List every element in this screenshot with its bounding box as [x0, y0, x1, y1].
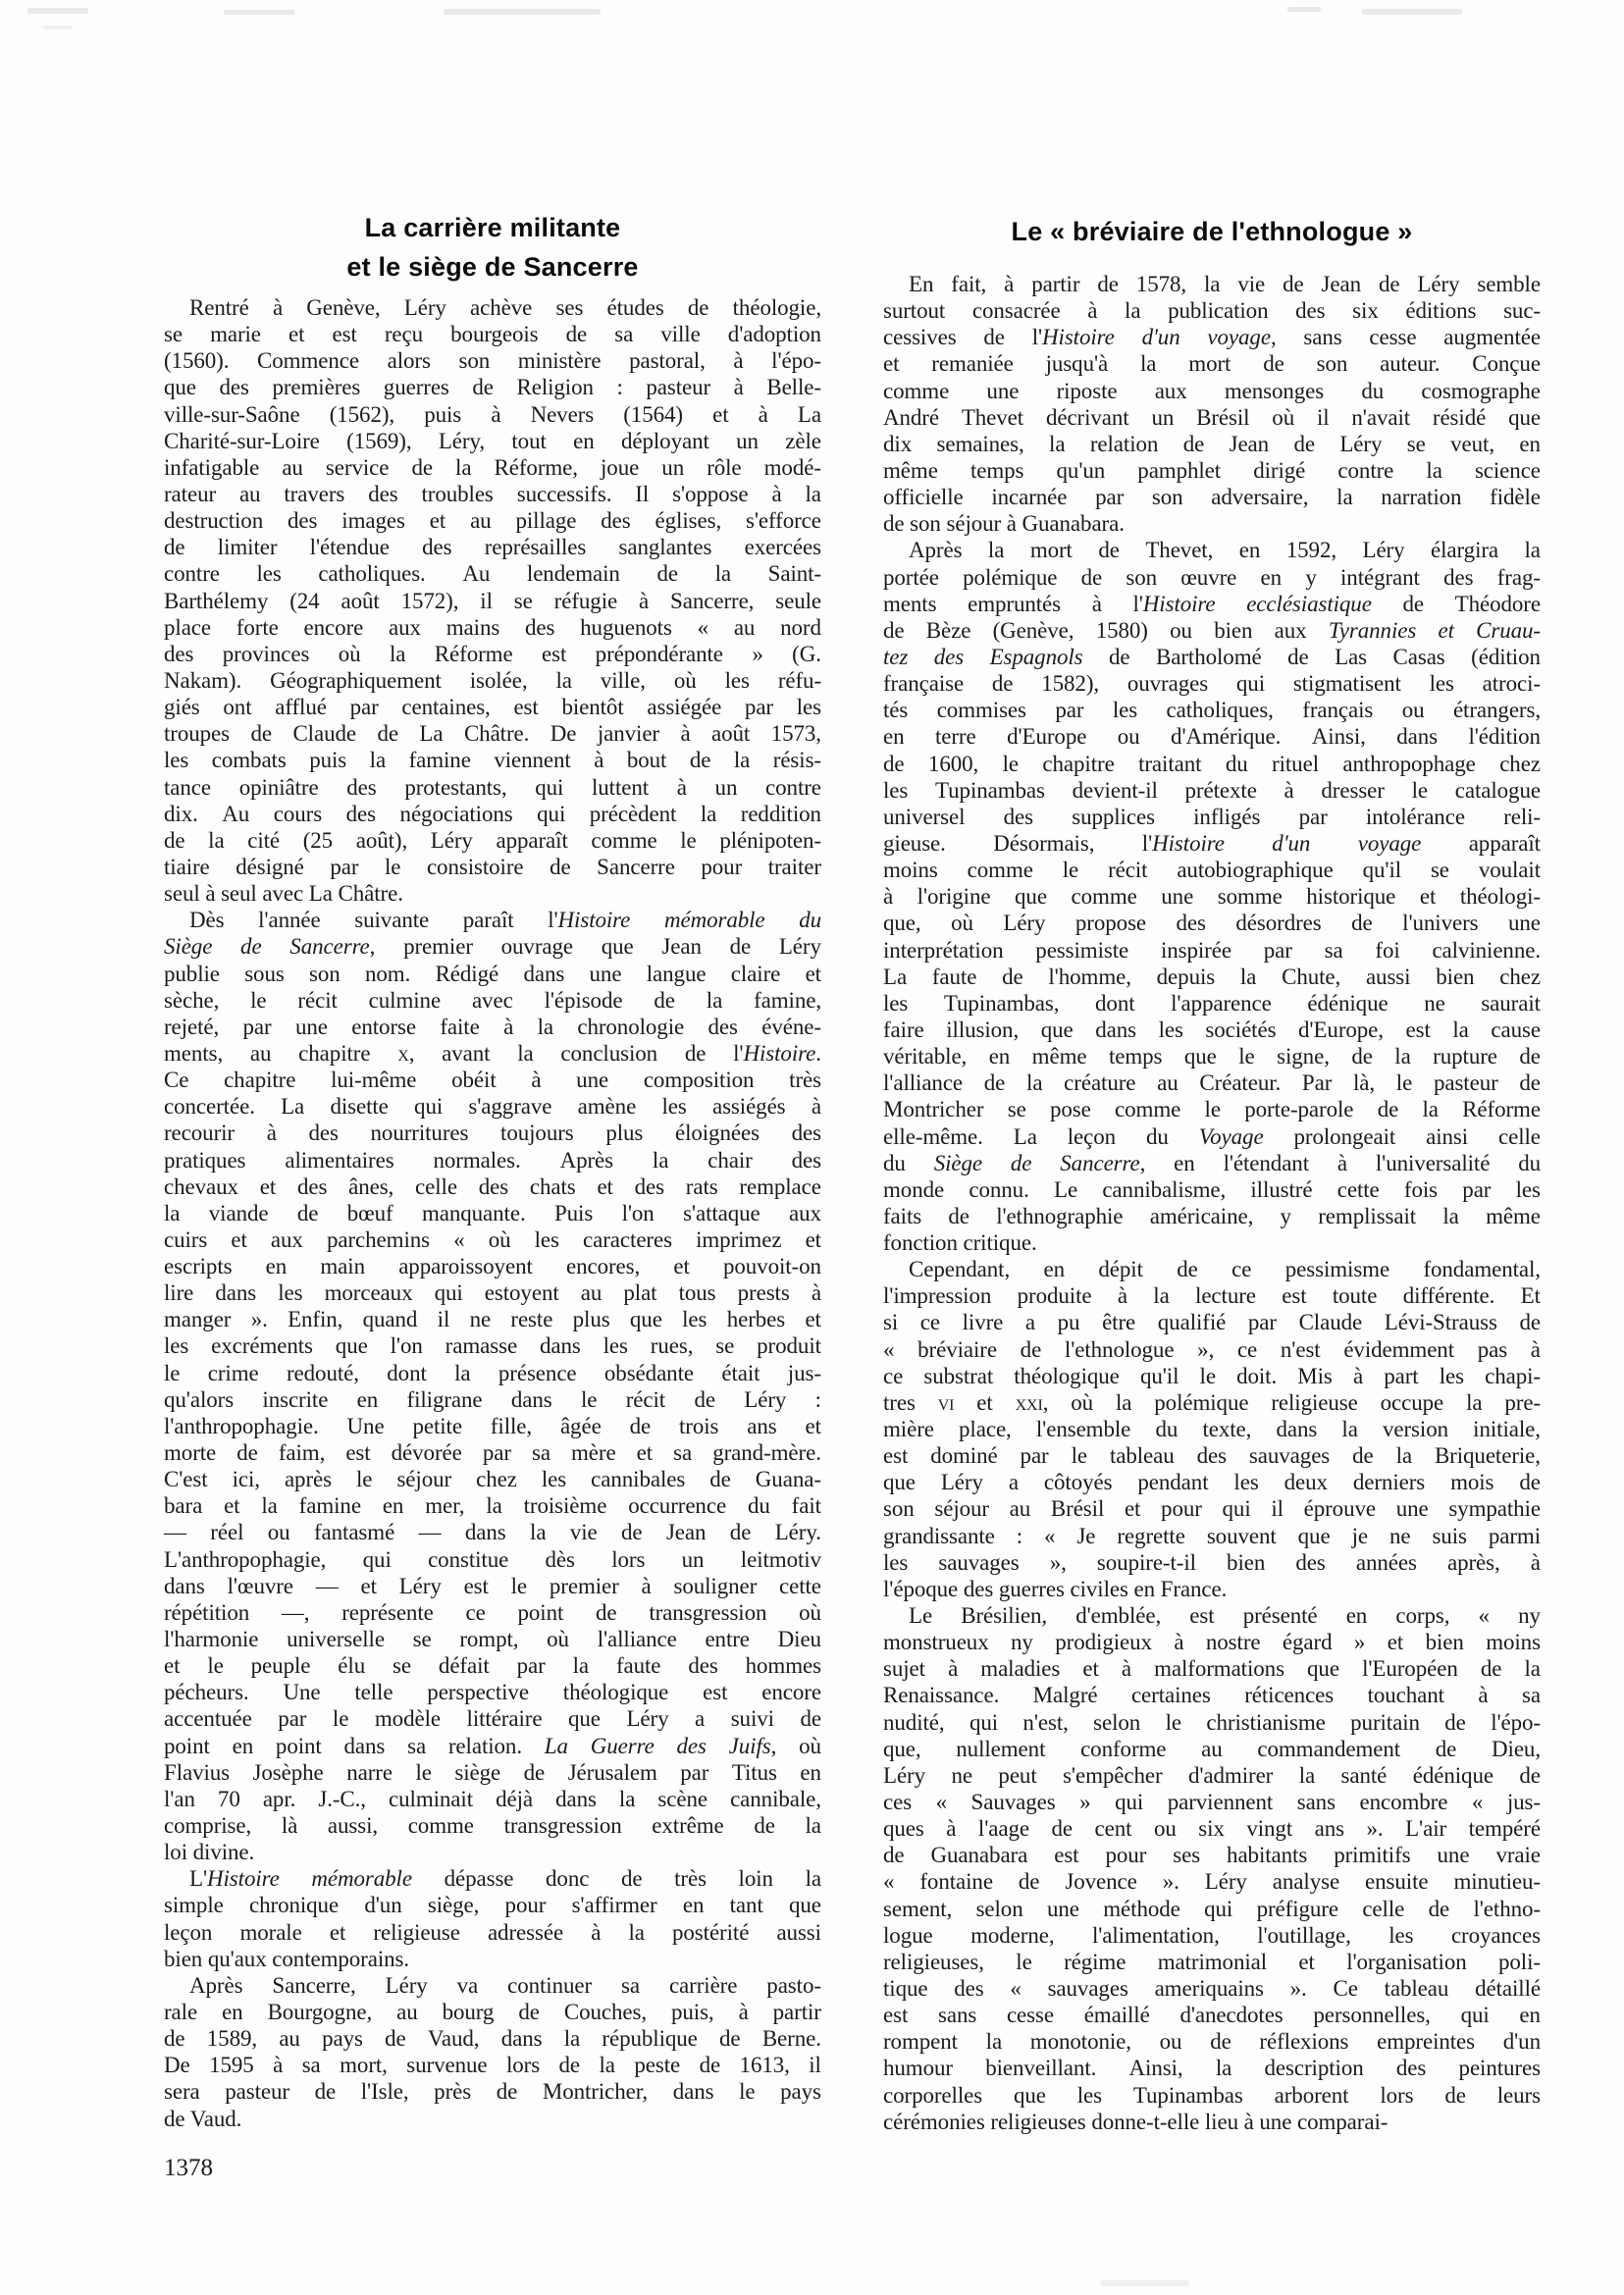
word: dans	[673, 2078, 714, 2105]
word: consistoire	[427, 854, 524, 880]
word: une	[590, 961, 622, 987]
text-line: véritable,enmêmetempsquelesigne,delarupt…	[883, 1043, 1541, 1069]
word: Bèze	[926, 617, 971, 644]
text-line: l'impressionproduiteàlalectureesttoutedi…	[883, 1282, 1541, 1309]
word: plat	[623, 1279, 656, 1306]
word: de	[1098, 537, 1120, 563]
text-line: giésontaffluéparcentaines,estbientôtassi…	[164, 694, 821, 720]
word: d'adoption	[728, 321, 821, 347]
text-line: cérémonies religieuses donne-t-elle lieu…	[883, 2109, 1541, 2135]
word: dans	[555, 1786, 597, 1812]
word: monotonie,	[1030, 2028, 1131, 2055]
word: petite	[412, 1413, 462, 1439]
word: du	[883, 1150, 906, 1176]
word: souvent	[1207, 1523, 1277, 1549]
word: les	[1113, 697, 1137, 723]
word: (1564)	[623, 401, 683, 428]
word: les	[883, 990, 908, 1017]
word: française	[883, 670, 964, 697]
word: cité	[247, 827, 280, 854]
word: x,	[397, 1040, 414, 1067]
word: en	[1519, 431, 1541, 457]
word: sèche,	[164, 987, 219, 1014]
word: sa	[1325, 937, 1343, 964]
word: là	[282, 1812, 297, 1839]
word: pre-	[1504, 1389, 1541, 1416]
word: mer,	[425, 1492, 464, 1519]
word: qu'un	[1057, 457, 1106, 484]
word: ministère	[518, 347, 602, 374]
word: traiter	[768, 854, 821, 880]
word: est	[1054, 1842, 1078, 1868]
word: à	[883, 883, 893, 910]
word: ramasse	[445, 1332, 517, 1359]
word: de	[948, 1203, 969, 1229]
word: le	[250, 987, 266, 1014]
word: élargira	[1431, 537, 1498, 563]
word: qui	[969, 1709, 998, 1736]
word: Léry	[386, 1972, 428, 1999]
section-heading-line: Le « bréviaire de l'ethnologue »	[883, 212, 1541, 251]
word: maladies	[980, 1655, 1060, 1682]
word: représailles	[485, 534, 587, 560]
word: et	[637, 1439, 653, 1466]
word: l'organisation	[1346, 1949, 1466, 1975]
word: la	[486, 1492, 501, 1519]
word: protestants,	[404, 774, 506, 801]
word: des	[220, 374, 249, 400]
word: extrême	[652, 1812, 723, 1839]
word: rompt,	[459, 1626, 518, 1652]
word: de	[164, 2025, 185, 2052]
word: faute	[616, 1652, 660, 1679]
word: de	[1444, 1709, 1466, 1736]
word: pastoral,	[629, 347, 706, 374]
word: les	[883, 777, 908, 804]
word: des	[297, 1174, 327, 1200]
word: l'épo-	[771, 347, 821, 374]
word: tique	[883, 1975, 928, 2002]
word: des	[1443, 564, 1473, 591]
word: chapitre	[298, 1040, 370, 1067]
word: de	[883, 617, 905, 644]
word: premier	[550, 1573, 619, 1599]
word: pu	[1058, 1309, 1080, 1335]
word: aussi	[776, 1919, 821, 1946]
word: à	[734, 374, 744, 400]
word: Mis	[1297, 1363, 1333, 1389]
word: qui	[435, 1279, 463, 1306]
word: Berne.	[762, 2025, 821, 2052]
word: qu'alors	[164, 1386, 234, 1413]
word: de	[559, 2052, 581, 2078]
word: «	[1044, 1523, 1055, 1549]
small-caps-text: x	[397, 1041, 408, 1066]
text-line: Barthélemy(24août1572),ilseréfugieàSance…	[164, 588, 821, 614]
word: vie	[570, 1519, 598, 1545]
word: que	[336, 1332, 368, 1359]
word: ne	[1424, 990, 1445, 1017]
word: la	[1426, 457, 1441, 484]
word: touchant	[1368, 1682, 1444, 1708]
word: son	[1126, 564, 1157, 591]
word: celle	[1498, 1123, 1541, 1150]
word: au	[239, 481, 261, 507]
word: remaniée	[931, 350, 1013, 377]
word: lors	[611, 1546, 645, 1573]
word: même	[1486, 1203, 1541, 1229]
word: dans	[540, 1332, 581, 1359]
word: de	[685, 1040, 707, 1067]
word: sa	[1522, 1682, 1541, 1708]
word: en	[883, 723, 905, 750]
word: la	[1394, 1043, 1410, 1069]
word: au	[1010, 1495, 1031, 1522]
word: étrangers,	[1453, 697, 1541, 723]
word: d'anecdotes	[1179, 2002, 1283, 2028]
word: nourritures	[371, 1120, 469, 1146]
word: religieuse	[1271, 1389, 1357, 1416]
word: nostre	[1206, 1629, 1261, 1655]
word: «	[1479, 1602, 1490, 1629]
word: aussi	[1366, 964, 1411, 990]
word: dont	[387, 1360, 427, 1386]
word: Vaud,	[428, 2025, 480, 2052]
word: à	[1337, 1150, 1347, 1176]
word: nudité,	[883, 1709, 945, 1736]
word: moins	[883, 857, 938, 883]
word: tres	[883, 1389, 916, 1416]
word: Tupinambas	[935, 777, 1045, 804]
word: ny	[1518, 1602, 1541, 1629]
word: Charité-sur-Loire	[164, 428, 320, 454]
word: qui	[1461, 2002, 1490, 2028]
word: des	[368, 481, 397, 507]
word: sous	[244, 961, 285, 987]
section-heading-line: La carrière militante	[164, 208, 821, 247]
word: apparaît	[496, 827, 567, 854]
word: malformations	[1154, 1655, 1284, 1682]
word: Léry	[1205, 1868, 1247, 1895]
word: aux	[271, 1226, 303, 1253]
text-line: manger».Enfin,quandilneresteplusqueleshe…	[164, 1306, 821, 1332]
word: normales.	[433, 1147, 520, 1174]
word: ce	[1237, 1336, 1257, 1363]
word: partir	[773, 1999, 821, 2025]
word: où	[799, 1733, 821, 1759]
word: rejeté,	[164, 1014, 219, 1040]
word: analyse	[1273, 1868, 1339, 1895]
word: encores,	[566, 1253, 640, 1279]
word: L'Histoire	[189, 1865, 280, 1892]
word: s'aggrave	[468, 1093, 551, 1120]
word: la	[805, 481, 820, 507]
word: Claude	[1299, 1309, 1363, 1335]
word: recourir	[164, 1120, 235, 1146]
word: cause	[1491, 1017, 1541, 1043]
word: chez	[1499, 964, 1541, 990]
section-heading-right: Le « bréviaire de l'ethnologue »	[883, 212, 1541, 271]
word: Rentré	[189, 294, 249, 321]
word: se	[1407, 431, 1426, 457]
word: consacrée	[972, 297, 1061, 324]
word: :	[815, 1386, 821, 1413]
word: empreintes	[1377, 2028, 1475, 2055]
word: pays	[322, 2025, 363, 2052]
word: se	[393, 1652, 411, 1679]
word: dès	[546, 1546, 575, 1573]
word: images	[341, 507, 405, 534]
word: plus	[573, 1306, 610, 1332]
word: la	[806, 1812, 821, 1839]
word: de	[1402, 591, 1424, 617]
paragraph: Cependant,endépitdecepessimismefondament…	[883, 1256, 1541, 1602]
word: le	[164, 1360, 180, 1386]
text-line: leçonmoraleetreligieuseadresséeàlapostér…	[164, 1919, 821, 1946]
word: Léry,	[439, 428, 485, 454]
word: morale	[239, 1919, 301, 1946]
word: voulait	[1479, 857, 1541, 883]
word: où	[547, 1626, 569, 1652]
text-line: dix.Aucoursdesnégociationsquiprécèdentla…	[164, 801, 821, 827]
word: représente	[341, 1599, 434, 1626]
word: sauvages	[1249, 1442, 1330, 1469]
word: le	[333, 1705, 348, 1732]
word: La	[545, 1733, 568, 1759]
word: produit	[757, 1332, 821, 1359]
word: et	[1298, 1949, 1314, 1975]
word: français	[1302, 697, 1373, 723]
word: :	[616, 374, 622, 400]
word: adversaire,	[1211, 484, 1308, 510]
word: «	[936, 1789, 947, 1815]
word: sympathie	[1448, 1495, 1541, 1522]
word: pamphlet	[1137, 457, 1221, 484]
word: d'Europe	[1007, 723, 1086, 750]
word: sement,	[883, 1896, 952, 1922]
word: est	[703, 1679, 727, 1705]
word: que	[1041, 1017, 1074, 1043]
word: polémique	[963, 564, 1057, 591]
word: et	[430, 507, 445, 534]
text-line: enterred'Europeoud'Amérique.Ainsi,dansl'…	[883, 723, 1541, 750]
text-line: SiègedeSancerre,premierouvragequeJeandeL…	[164, 933, 821, 960]
word: Sancerre,	[289, 933, 375, 960]
word: zèle	[785, 428, 821, 454]
text-line: «bréviairedel'ethnologue»,cen'estévidemm…	[883, 1336, 1541, 1363]
word: provinces	[223, 641, 310, 667]
word: la	[573, 1652, 589, 1679]
word: langue	[647, 961, 707, 987]
word: riposte	[1057, 378, 1118, 404]
word: la	[1452, 1017, 1468, 1043]
word: de	[315, 2078, 337, 2105]
text-line: accentuéeparlemodèlelittérairequeLéryasu…	[164, 1705, 821, 1732]
word: entre	[705, 1626, 749, 1652]
word: le	[1072, 1442, 1087, 1469]
word: religieuses,	[883, 1949, 984, 1975]
word: pécheurs.	[164, 1679, 249, 1705]
word: contre	[164, 560, 220, 587]
word: arborent	[1275, 2082, 1349, 2109]
word: réfu-	[778, 667, 821, 694]
word: fantasmé	[314, 1519, 394, 1545]
text-line: que,nullementconformeaucommandementdeDie…	[883, 1736, 1541, 1762]
word: initiale,	[1473, 1416, 1541, 1442]
word: de	[1519, 1069, 1541, 1096]
word: tout	[511, 428, 546, 454]
text-line: portéepolémiquedesonœuvreenyintégrantdes…	[883, 564, 1541, 591]
word: elle-même.	[883, 1123, 983, 1150]
word: obéit	[451, 1067, 497, 1093]
word: mort	[1188, 350, 1231, 377]
word: en	[1261, 564, 1283, 591]
text-line: monstrueuxnyprodigieuxànostreégard»etbie…	[883, 1629, 1541, 1655]
word: tiaire	[164, 854, 210, 880]
word: et	[976, 1389, 992, 1416]
word: en	[1174, 1150, 1195, 1176]
word: l'alliance	[883, 1069, 963, 1096]
word: de	[730, 1519, 752, 1545]
word: Léry	[1339, 431, 1382, 457]
word: œuvre	[1180, 564, 1236, 591]
text-line: àl'originequecommeunesommehistoriqueetth…	[883, 883, 1541, 910]
word: son	[309, 961, 341, 987]
word: transgression	[504, 1812, 622, 1839]
word: que,	[883, 910, 921, 936]
word: universelle	[287, 1626, 385, 1652]
word: de	[694, 1386, 715, 1413]
word: incarnée	[991, 484, 1067, 510]
word: que	[1298, 1523, 1331, 1549]
word: jusqu'à	[1046, 350, 1109, 377]
word: assiégés	[712, 1093, 786, 1120]
word: Le	[1054, 1176, 1077, 1203]
word: en	[222, 1999, 243, 2025]
word: des	[792, 1120, 821, 1146]
word: d'un	[1503, 2028, 1541, 2055]
word: trois	[679, 1413, 718, 1439]
word: des	[934, 644, 964, 670]
word: tableau	[1110, 1442, 1175, 1469]
word: fait,	[951, 271, 986, 297]
word: Claude	[292, 720, 356, 747]
word: derniers	[1353, 1469, 1425, 1495]
word: de	[883, 751, 905, 777]
word: saurait	[1481, 990, 1541, 1017]
word: croyances	[1451, 1922, 1541, 1949]
word: de	[1021, 1336, 1042, 1363]
word: au	[734, 614, 756, 641]
word: accentuée	[164, 1705, 252, 1732]
word: giés	[164, 694, 200, 720]
word: sans	[938, 2002, 976, 2028]
word: Réforme	[435, 641, 513, 667]
text-line: fonction critique.	[883, 1229, 1541, 1256]
text-line: delacité(25août),Léryapparaîtcommeleplén…	[164, 827, 821, 854]
word: bara	[164, 1492, 202, 1519]
word: substrat	[923, 1363, 993, 1389]
word: de	[1287, 644, 1309, 670]
word: Thevet,	[1145, 537, 1213, 563]
text-line: Charité-sur-Loire(1569),Léry,toutendéplo…	[164, 428, 821, 454]
word: (1569),	[346, 428, 411, 454]
word: le	[581, 1386, 597, 1413]
word: à	[267, 1120, 277, 1146]
text-line: mortedefaim,estdévoréeparsamèreetsagrand…	[164, 1439, 821, 1466]
word: polémique	[1154, 1389, 1248, 1416]
word: ou	[268, 1519, 290, 1545]
word: dans	[501, 2025, 543, 2052]
word: perspective	[427, 1679, 529, 1705]
word: narration	[1381, 484, 1461, 510]
word: présence	[498, 1360, 577, 1386]
word: d'Amérique.	[1171, 723, 1281, 750]
word: la	[707, 987, 722, 1014]
word: minutieu-	[1453, 1868, 1541, 1895]
text-line: concertée.Ladisettequis'aggraveamènelesa…	[164, 1093, 821, 1120]
word: ne	[951, 1762, 972, 1789]
word: à	[946, 1815, 956, 1842]
text-line: Renaissance.Malgrécertainesréticencestou…	[883, 1682, 1541, 1708]
word: a	[1025, 1309, 1035, 1335]
word: Belle-	[766, 374, 821, 400]
word: mensonges	[1225, 378, 1324, 404]
word: dans	[1095, 1017, 1136, 1043]
word: des	[1396, 2055, 1426, 2081]
word: il	[480, 588, 493, 614]
word: de	[411, 454, 433, 481]
word: négociations	[400, 801, 513, 827]
word: pays	[780, 2078, 821, 2105]
word: Nakam).	[164, 667, 241, 694]
word: Au	[462, 560, 490, 587]
word: Jean	[666, 1519, 706, 1545]
word: en	[1043, 1256, 1065, 1282]
text-line: troupesdeClaudedeLaChâtre.Dejanvieràaoût…	[164, 720, 821, 747]
word: pose	[1050, 1096, 1091, 1122]
text-line: tezdesEspagnolsdeBartholomédeLasCasas(éd…	[883, 644, 1541, 670]
word: se	[514, 588, 533, 614]
word: la	[454, 1360, 470, 1386]
word: répétition	[164, 1599, 249, 1626]
word: encore	[304, 614, 364, 641]
word: disette	[330, 1093, 388, 1120]
word: souligner	[673, 1573, 757, 1599]
word: ny	[1011, 1629, 1033, 1655]
word: simple	[164, 1892, 224, 1918]
text-line: loi divine.	[164, 1839, 821, 1865]
word: chair	[707, 1147, 752, 1174]
word: son	[1317, 350, 1348, 377]
word: ânes,	[348, 1174, 393, 1200]
word: sera	[164, 2078, 200, 2105]
word: et	[1420, 883, 1436, 910]
word: auteur.	[1380, 350, 1440, 377]
text-line: placeforteencoreauxmainsdeshuguenots«aun…	[164, 614, 821, 641]
word: 1573,	[771, 720, 821, 747]
word: Bourgogne,	[268, 1999, 373, 2025]
word: tant	[730, 1892, 763, 1918]
word: de	[1519, 1469, 1541, 1495]
column-right: Le « bréviaire de l'ethnologue » Enfait,…	[883, 212, 1541, 2135]
word: de	[1378, 1096, 1399, 1122]
word: de	[621, 1519, 643, 1545]
word: de	[883, 1842, 905, 1868]
text-line: interprétationpessimisteinspiréeparsafoi…	[883, 937, 1541, 964]
word: Jean	[1230, 431, 1269, 457]
word: mort	[1030, 537, 1073, 563]
